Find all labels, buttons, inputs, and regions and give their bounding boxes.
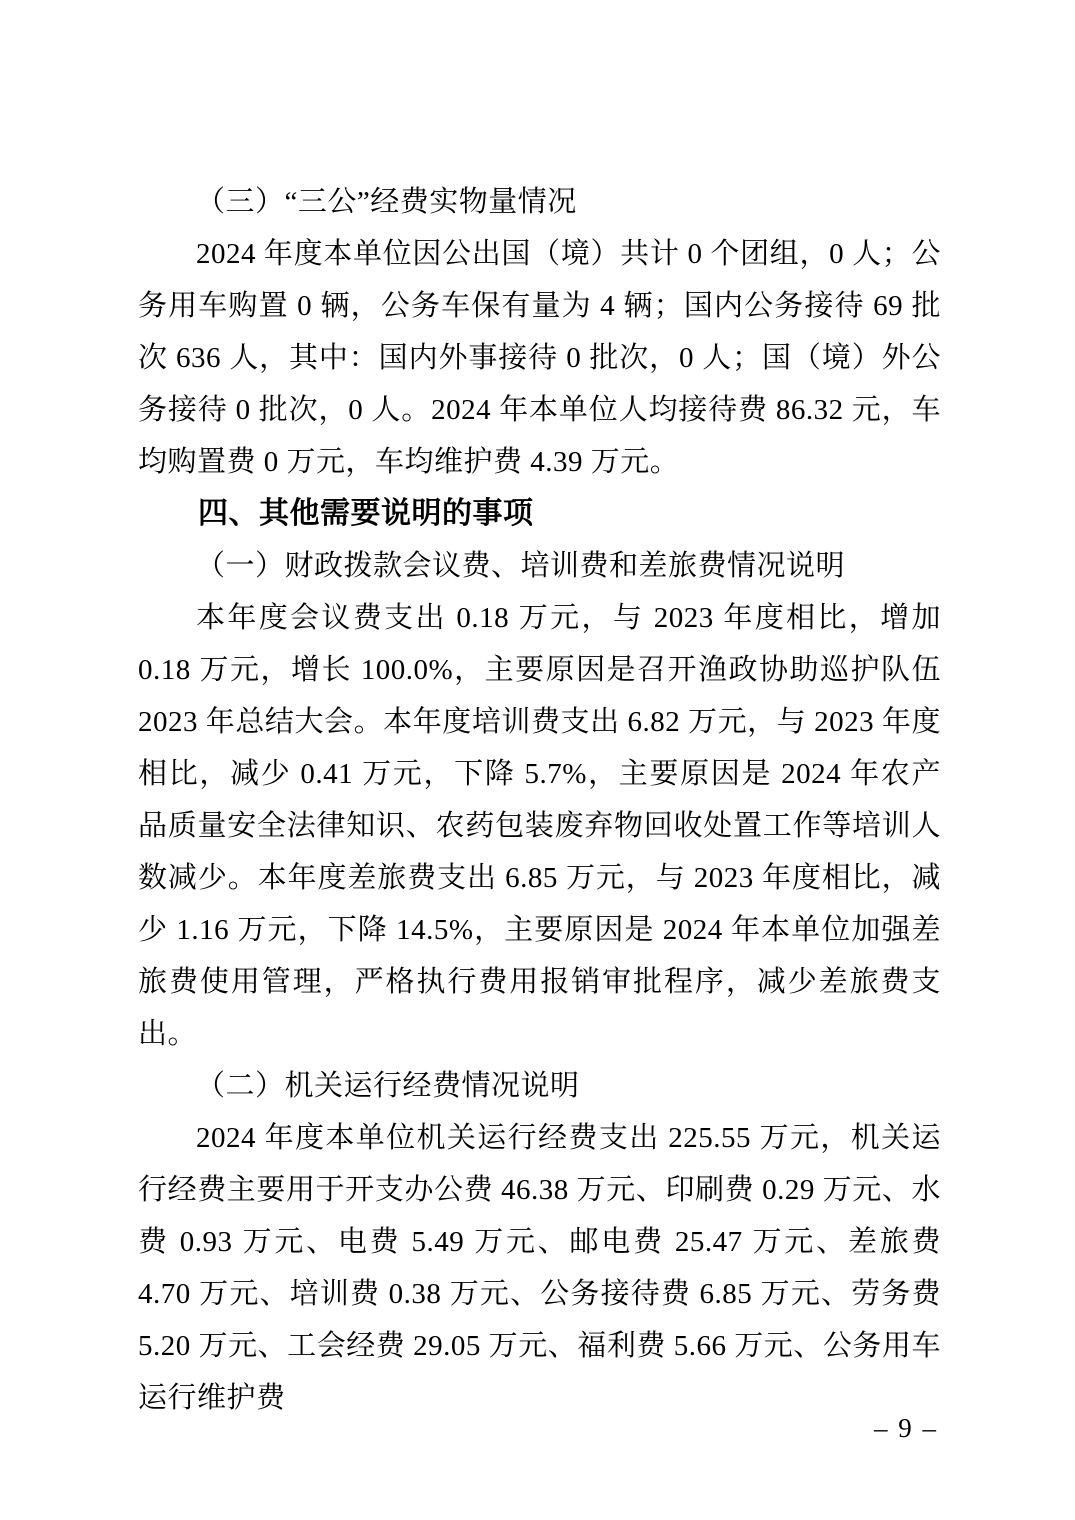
item-heading-agency-operating-funds: （二）机关运行经费情况说明 [138, 1060, 941, 1112]
section-heading-other-matters: 四、其他需要说明的事项 [138, 488, 941, 540]
page-number: – 9 – [874, 1408, 938, 1448]
paragraph-agency-operating-funds: 2024 年度本单位机关运行经费支出 225.55 万元，机关运行经费主要用于开… [138, 1112, 941, 1424]
item-heading-meeting-training-travel-fees: （一）财政拨款会议费、培训费和差旅费情况说明 [138, 540, 941, 592]
paragraph-three-public-expenses-stats: 2024 年度本单位因公出国（境）共计 0 个团组，0 人；公务用车购置 0 辆… [138, 228, 941, 488]
section-heading-three-public-expenses: （三）“三公”经费实物量情况 [138, 176, 941, 228]
document-page: （三）“三公”经费实物量情况 2024 年度本单位因公出国（境）共计 0 个团组… [0, 0, 1075, 1520]
document-body: （三）“三公”经费实物量情况 2024 年度本单位因公出国（境）共计 0 个团组… [138, 176, 941, 1424]
paragraph-meeting-training-travel-fees: 本年度会议费支出 0.18 万元，与 2023 年度相比，增加 0.18 万元，… [138, 592, 941, 1060]
